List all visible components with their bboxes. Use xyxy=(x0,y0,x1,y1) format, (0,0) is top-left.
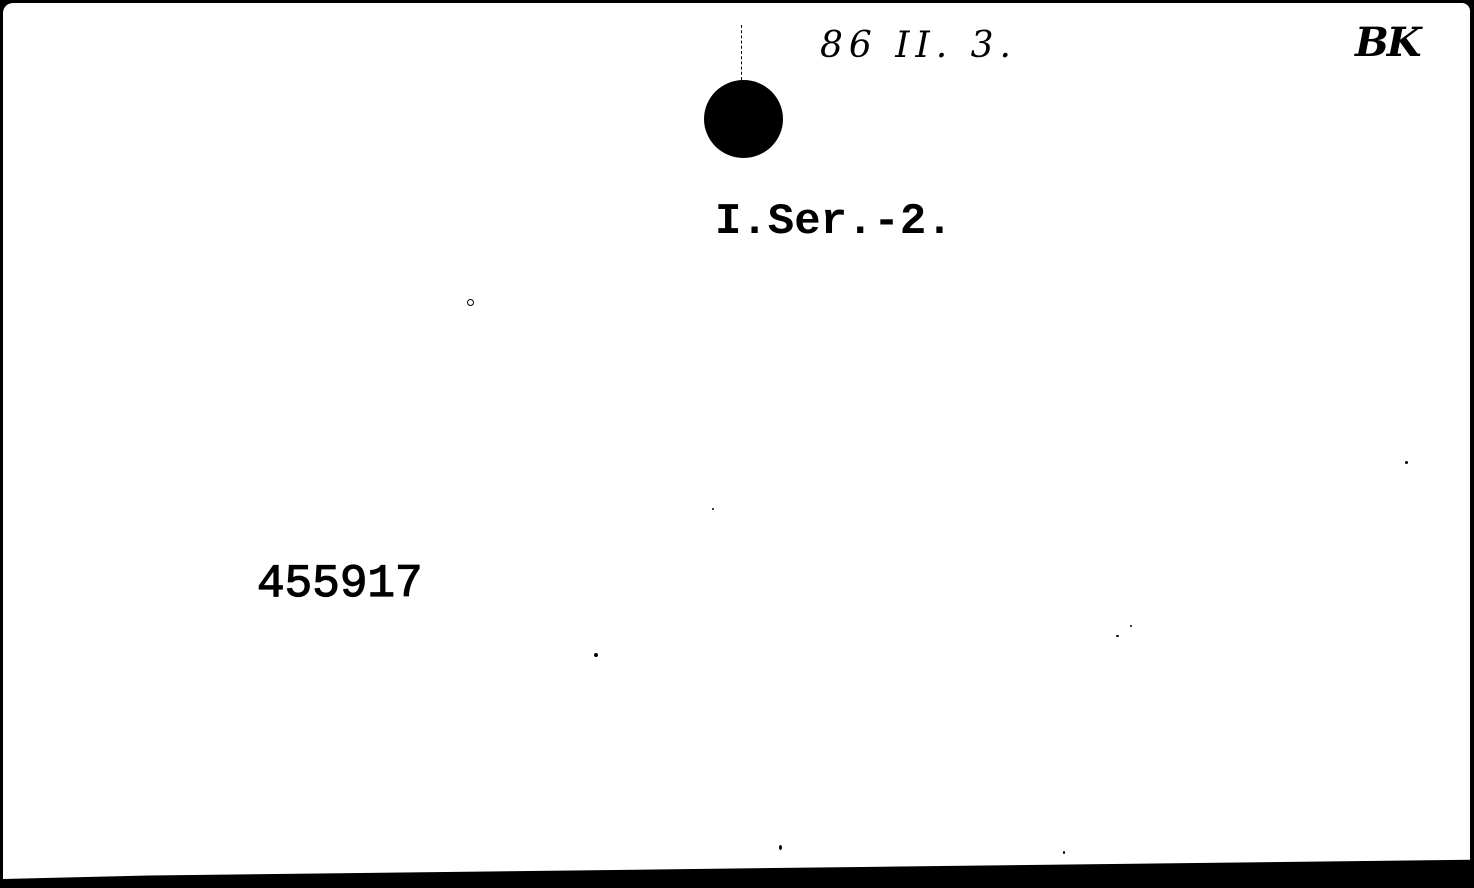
punch-hole xyxy=(704,80,783,158)
speck xyxy=(1063,851,1065,854)
shelf-mark: 86 II. 3. xyxy=(820,25,1017,66)
speck xyxy=(1405,461,1408,464)
catalog-card: 86 II. 3. BK I.Ser.-2. 455917 xyxy=(3,3,1470,879)
cataloger-initials: BK xyxy=(1355,19,1420,66)
speck xyxy=(1116,635,1119,637)
speck xyxy=(594,653,598,657)
speck xyxy=(1130,625,1132,627)
speck xyxy=(712,508,714,510)
series-heading: I.Ser.-2. xyxy=(715,197,953,247)
speck xyxy=(467,299,474,306)
accession-number: 455917 xyxy=(257,558,423,610)
scanned-card-image: 86 II. 3. BK I.Ser.-2. 455917 xyxy=(0,0,1474,888)
guide-line xyxy=(741,25,742,80)
speck xyxy=(779,845,782,850)
